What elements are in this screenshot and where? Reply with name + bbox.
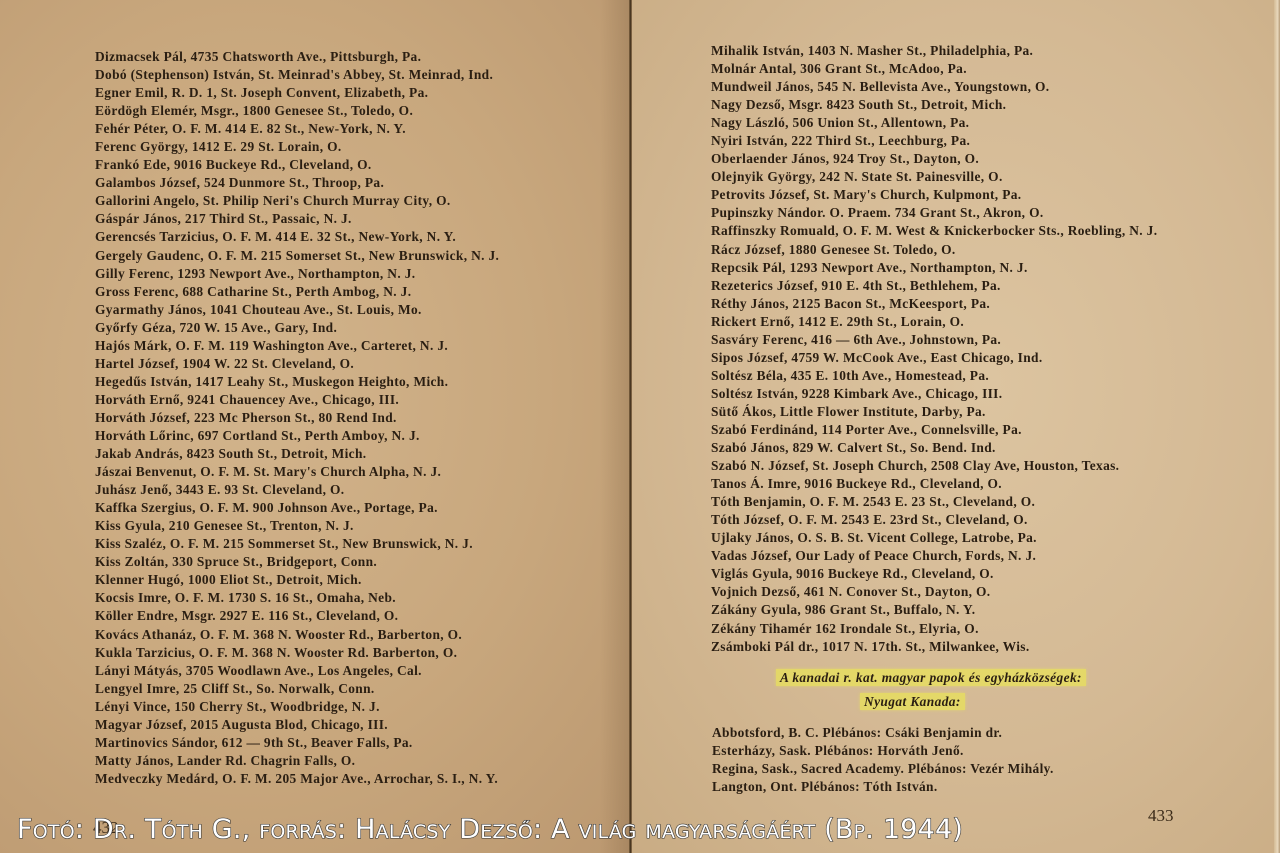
directory-entry: Soltész István, 9228 Kimbark Ave., Chica… bbox=[711, 385, 1157, 403]
directory-entry: Győrfy Géza, 720 W. 15 Ave., Gary, Ind. bbox=[95, 319, 499, 337]
directory-entry: Kiss Gyula, 210 Genesee St., Trenton, N.… bbox=[95, 517, 499, 535]
directory-entry: Sütő Ákos, Little Flower Institute, Darb… bbox=[711, 403, 1157, 421]
directory-entry: Lányi Mátyás, 3705 Woodlawn Ave., Los An… bbox=[95, 662, 499, 680]
directory-entry: Matty János, Lander Rd. Chagrin Falls, O… bbox=[95, 752, 499, 770]
directory-entry: Regina, Sask., Sacred Academy. Plébános:… bbox=[712, 760, 1054, 778]
directory-entry: Hegedűs István, 1417 Leahy St., Muskegon… bbox=[95, 373, 499, 391]
directory-entry: Szabó János, 829 W. Calvert St., So. Ben… bbox=[711, 439, 1157, 457]
directory-entry: Raffinszky Romuald, O. F. M. West & Knic… bbox=[711, 222, 1157, 240]
directory-entry: Pupinszky Nándor. O. Praem. 734 Grant St… bbox=[711, 204, 1157, 222]
spine-shadow bbox=[600, 0, 630, 853]
directory-entry: Sasváry Ferenc, 416 — 6th Ave., Johnstow… bbox=[711, 331, 1157, 349]
directory-entry: Soltész Béla, 435 E. 10th Ave., Homestea… bbox=[711, 367, 1157, 385]
directory-entry: Tóth József, O. F. M. 2543 E. 23rd St., … bbox=[711, 511, 1157, 529]
right-page-directory-list: Mihalik István, 1403 N. Masher St., Phil… bbox=[711, 42, 1157, 656]
directory-entry: Gáspár János, 217 Third St., Passaic, N.… bbox=[95, 210, 499, 228]
directory-entry: Petrovits József, St. Mary's Church, Kul… bbox=[711, 186, 1157, 204]
directory-entry: Dizmacsek Pál, 4735 Chatsworth Ave., Pit… bbox=[95, 48, 499, 66]
directory-entry: Lényi Vince, 150 Cherry St., Woodbridge,… bbox=[95, 698, 499, 716]
directory-entry: Zékány Tihamér 162 Irondale St., Elyria,… bbox=[711, 620, 1157, 638]
page-edge bbox=[1274, 0, 1280, 853]
directory-entry: Klenner Hugó, 1000 Eliot St., Detroit, M… bbox=[95, 571, 499, 589]
directory-entry: Repcsik Pál, 1293 Newport Ave., Northamp… bbox=[711, 259, 1157, 277]
directory-entry: Jászai Benvenut, O. F. M. St. Mary's Chu… bbox=[95, 463, 499, 481]
directory-entry: Oberlaender János, 924 Troy St., Dayton,… bbox=[711, 150, 1157, 168]
directory-entry: Molnár Antal, 306 Grant St., McAdoo, Pa. bbox=[711, 60, 1157, 78]
directory-entry: Köller Endre, Msgr. 2927 E. 116 St., Cle… bbox=[95, 607, 499, 625]
directory-entry: Kiss Zoltán, 330 Spruce St., Bridgeport,… bbox=[95, 553, 499, 571]
directory-entry: Zsámboki Pál dr., 1017 N. 17th. St., Mil… bbox=[711, 638, 1157, 656]
directory-entry: Magyar József, 2015 Augusta Blod, Chicag… bbox=[95, 716, 499, 734]
directory-entry: Nyiri István, 222 Third St., Leechburg, … bbox=[711, 132, 1157, 150]
directory-entry: Gergely Gaudenc, O. F. M. 215 Somerset S… bbox=[95, 247, 499, 265]
directory-entry: Eördögh Elemér, Msgr., 1800 Genesee St.,… bbox=[95, 102, 499, 120]
directory-entry: Jakab András, 8423 South St., Detroit, M… bbox=[95, 445, 499, 463]
directory-entry: Zákány Gyula, 986 Grant St., Buffalo, N.… bbox=[711, 601, 1157, 619]
directory-entry: Galambos József, 524 Dunmore St., Throop… bbox=[95, 174, 499, 192]
directory-entry: Ujlaky János, O. S. B. St. Vicent Colleg… bbox=[711, 529, 1157, 547]
directory-entry: Kiss Szaléz, O. F. M. 215 Sommerset St.,… bbox=[95, 535, 499, 553]
canada-parish-list: Abbotsford, B. C. Plébános: Csáki Benjam… bbox=[712, 724, 1054, 796]
directory-entry: Gallorini Angelo, St. Philip Neri's Chur… bbox=[95, 192, 499, 210]
directory-entry: Nagy László, 506 Union St., Allentown, P… bbox=[711, 114, 1157, 132]
directory-entry: Vadas József, Our Lady of Peace Church, … bbox=[711, 547, 1157, 565]
directory-entry: Kukla Tarzicius, O. F. M. 368 N. Wooster… bbox=[95, 644, 499, 662]
directory-entry: Fehér Péter, O. F. M. 414 E. 82 St., New… bbox=[95, 120, 499, 138]
directory-entry: Gyarmathy János, 1041 Chouteau Ave., St.… bbox=[95, 301, 499, 319]
directory-entry: Tanos Á. Imre, 9016 Buckeye Rd., Clevela… bbox=[711, 475, 1157, 493]
directory-entry: Horváth József, 223 Mc Pherson St., 80 R… bbox=[95, 409, 499, 427]
directory-entry: Hajós Márk, O. F. M. 119 Washington Ave.… bbox=[95, 337, 499, 355]
directory-entry: Abbotsford, B. C. Plébános: Csáki Benjam… bbox=[712, 724, 1054, 742]
directory-entry: Viglás Gyula, 9016 Buckeye Rd., Clevelan… bbox=[711, 565, 1157, 583]
directory-entry: Szabó Ferdinánd, 114 Porter Ave., Connel… bbox=[711, 421, 1157, 439]
directory-entry: Gerencsés Tarzicius, O. F. M. 414 E. 32 … bbox=[95, 228, 499, 246]
directory-entry: Nagy Dezső, Msgr. 8423 South St., Detroi… bbox=[711, 96, 1157, 114]
directory-entry: Szabó N. József, St. Joseph Church, 2508… bbox=[711, 457, 1157, 475]
directory-entry: Gross Ferenc, 688 Catharine St., Perth A… bbox=[95, 283, 499, 301]
directory-entry: Mundweil János, 545 N. Bellevista Ave., … bbox=[711, 78, 1157, 96]
left-page-directory-list: Dizmacsek Pál, 4735 Chatsworth Ave., Pit… bbox=[95, 48, 499, 788]
photo-caption: Fotó: Dr. Tóth G., forrás: Halácsy Dezső… bbox=[17, 814, 963, 845]
section-heading: A kanadai r. kat. magyar papok és egyház… bbox=[776, 670, 1086, 686]
highlighted-section-heading: A kanadai r. kat. magyar papok és egyház… bbox=[776, 669, 1086, 686]
directory-entry: Esterházy, Sask. Plébános: Horváth Jenő. bbox=[712, 742, 1054, 760]
directory-entry: Horváth Lőrinc, 697 Cortland St., Perth … bbox=[95, 427, 499, 445]
directory-entry: Olejnyik György, 242 N. State St. Paines… bbox=[711, 168, 1157, 186]
directory-entry: Medveczky Medárd, O. F. M. 205 Major Ave… bbox=[95, 770, 499, 788]
directory-entry: Langton, Ont. Plébános: Tóth István. bbox=[712, 778, 1054, 796]
directory-entry: Rácz József, 1880 Genesee St. Toledo, O. bbox=[711, 241, 1157, 259]
directory-entry: Horváth Ernő, 9241 Chauencey Ave., Chica… bbox=[95, 391, 499, 409]
directory-entry: Lengyel Imre, 25 Cliff St., So. Norwalk,… bbox=[95, 680, 499, 698]
directory-entry: Tóth Benjamin, O. F. M. 2543 E. 23 St., … bbox=[711, 493, 1157, 511]
directory-entry: Ferenc György, 1412 E. 29 St. Lorain, O. bbox=[95, 138, 499, 156]
directory-entry: Mihalik István, 1403 N. Masher St., Phil… bbox=[711, 42, 1157, 60]
directory-entry: Kocsis Imre, O. F. M. 1730 S. 16 St., Om… bbox=[95, 589, 499, 607]
directory-entry: Martinovics Sándor, 612 — 9th St., Beave… bbox=[95, 734, 499, 752]
directory-entry: Kovács Athanáz, O. F. M. 368 N. Wooster … bbox=[95, 626, 499, 644]
directory-entry: Egner Emil, R. D. 1, St. Joseph Convent,… bbox=[95, 84, 499, 102]
highlighted-subsection-heading: Nyugat Kanada: bbox=[860, 693, 965, 710]
directory-entry: Rickert Ernő, 1412 E. 29th St., Lorain, … bbox=[711, 313, 1157, 331]
directory-entry: Kaffka Szergius, O. F. M. 900 Johnson Av… bbox=[95, 499, 499, 517]
book-spine bbox=[629, 0, 632, 853]
directory-entry: Vojnich Dezső, 461 N. Conover St., Dayto… bbox=[711, 583, 1157, 601]
directory-entry: Sipos József, 4759 W. McCook Ave., East … bbox=[711, 349, 1157, 367]
subsection-heading: Nyugat Kanada: bbox=[860, 694, 965, 710]
directory-entry: Hartel József, 1904 W. 22 St. Cleveland,… bbox=[95, 355, 499, 373]
directory-entry: Réthy János, 2125 Bacon St., McKeesport,… bbox=[711, 295, 1157, 313]
right-page-number: 433 bbox=[1148, 806, 1174, 826]
directory-entry: Juhász Jenő, 3443 E. 93 St. Cleveland, O… bbox=[95, 481, 499, 499]
directory-entry: Dobó (Stephenson) István, St. Meinrad's … bbox=[95, 66, 499, 84]
directory-entry: Gilly Ferenc, 1293 Newport Ave., Northam… bbox=[95, 265, 499, 283]
directory-entry: Frankó Ede, 9016 Buckeye Rd., Cleveland,… bbox=[95, 156, 499, 174]
directory-entry: Rezeterics József, 910 E. 4th St., Bethl… bbox=[711, 277, 1157, 295]
